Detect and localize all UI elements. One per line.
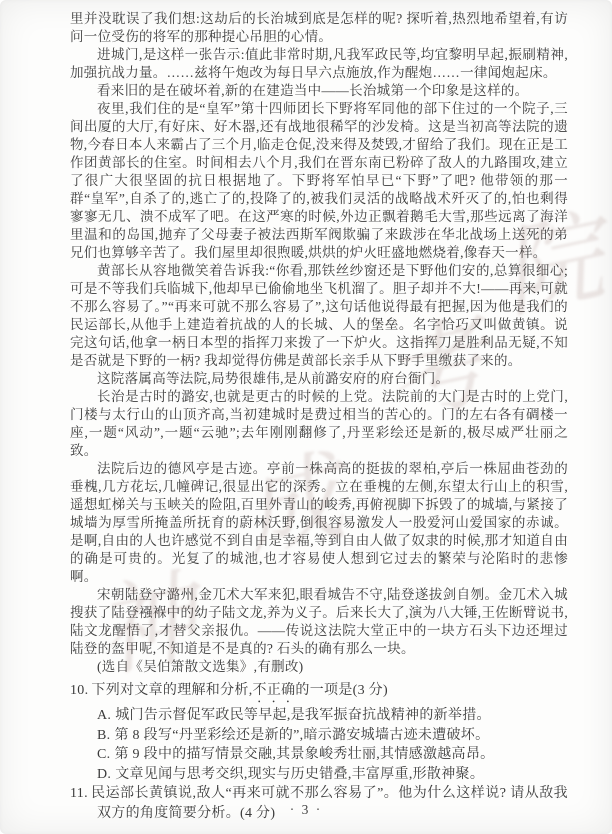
question-10-option-b: B.第 8 段写“丹垩彩绘还是新的”,暗示潞安城墙古迹未遭破坏。	[70, 726, 568, 746]
option-b-text: 第 8 段写“丹垩彩绘还是新的”,暗示潞安城墙古迹未遭破坏。	[114, 728, 489, 743]
article-paragraph: 长治是古时的潞安,也就是更古的时候的上党。法院前的大门是古时的上党门,门楼与太行…	[70, 388, 568, 460]
question-10-option-c: C.第 9 段中的描写情景交融,其景象峻秀壮丽,其情感激越高昂。	[70, 745, 568, 765]
question-10-stem-text: 的一项是(3 分)	[295, 683, 388, 698]
option-a-text: 城门告示督促军政民等早起,是我军振奋抗战精神的新举措。	[115, 708, 491, 723]
article-paragraph: 里并没耽误了我们想:这劫后的长治城到底是怎样的呢? 探听着,热烈地希望着,有访问…	[70, 10, 568, 46]
question-10-stem: 10.下列对文章的理解和分析,不正确的一项是(3 分)	[70, 681, 568, 706]
option-c-text: 第 9 段中的描写情景交融,其景象峻秀壮丽,其情感激越高昂。	[114, 747, 494, 762]
question-10-stem-emphasis: 不正确	[253, 683, 296, 698]
article-paragraph: 这院落属高等法院,局势很雄伟,是从前潞安府的府台衙门。	[70, 370, 568, 388]
page-number: · 3 ·	[0, 802, 612, 818]
article-paragraph: 夜里,我们住的是“皇军”第十四师团长下野将军同他的部下住过的一个院子,三间出厦的…	[70, 100, 568, 262]
option-b-label: B.	[97, 728, 110, 743]
option-c-label: C.	[97, 747, 110, 762]
exam-page: 神 成 考 院 里并没耽误了我们想:这劫后的长治城到底是怎样的呢? 探听着,热烈…	[0, 0, 612, 834]
article-paragraph: 宋朝陆登守潞州,金兀术大军来犯,眼看城告不守,陆登遂拔剑自刎。金兀术入城搜获了陆…	[70, 586, 568, 658]
option-d-text: 文章见闻与思考交织,现实与历史错叠,丰富厚重,形散神聚。	[115, 767, 484, 782]
article-paragraph: 进城门,是这样一张告示:值此非常时期,凡我军政民等,均宜黎明早起,振刷精神,加强…	[70, 46, 568, 82]
passage-source-attribution: (选自《吴伯箫散文选集》,有删改)	[70, 658, 568, 676]
question-10-stem-text: 下列对文章的理解和分析,	[91, 683, 252, 698]
reading-passage: 里并没耽误了我们想:这劫后的长治城到底是怎样的呢? 探听着,热烈地希望着,有访问…	[70, 10, 568, 676]
question-10-option-d: D.文章见闻与思考交织,现实与历史错叠,丰富厚重,形散神聚。	[70, 765, 568, 785]
question-10: 10.下列对文章的理解和分析,不正确的一项是(3 分) A.城门告示督促军政民等…	[70, 681, 568, 784]
article-paragraph: 法院后边的德风亭是古迹。亭前一株高高的挺拔的翠柏,亭后一株屈曲苍劲的垂槐,几方花…	[70, 460, 568, 586]
article-paragraph: 黄部长从容地微笑着告诉我:“你看,那铁丝纱窗还是下野他们安的,总算很细心;可是不…	[70, 262, 568, 370]
article-paragraph: 看来旧的是在破坏着,新的在建造当中——长治城第一个印象是这样的。	[70, 82, 568, 100]
question-11-number: 11.	[70, 786, 88, 801]
question-10-number: 10.	[70, 683, 88, 698]
question-10-option-a: A.城门告示督促军政民等早起,是我军振奋抗战精神的新举措。	[70, 706, 568, 726]
option-d-label: D.	[97, 767, 111, 782]
option-a-label: A.	[97, 708, 111, 723]
